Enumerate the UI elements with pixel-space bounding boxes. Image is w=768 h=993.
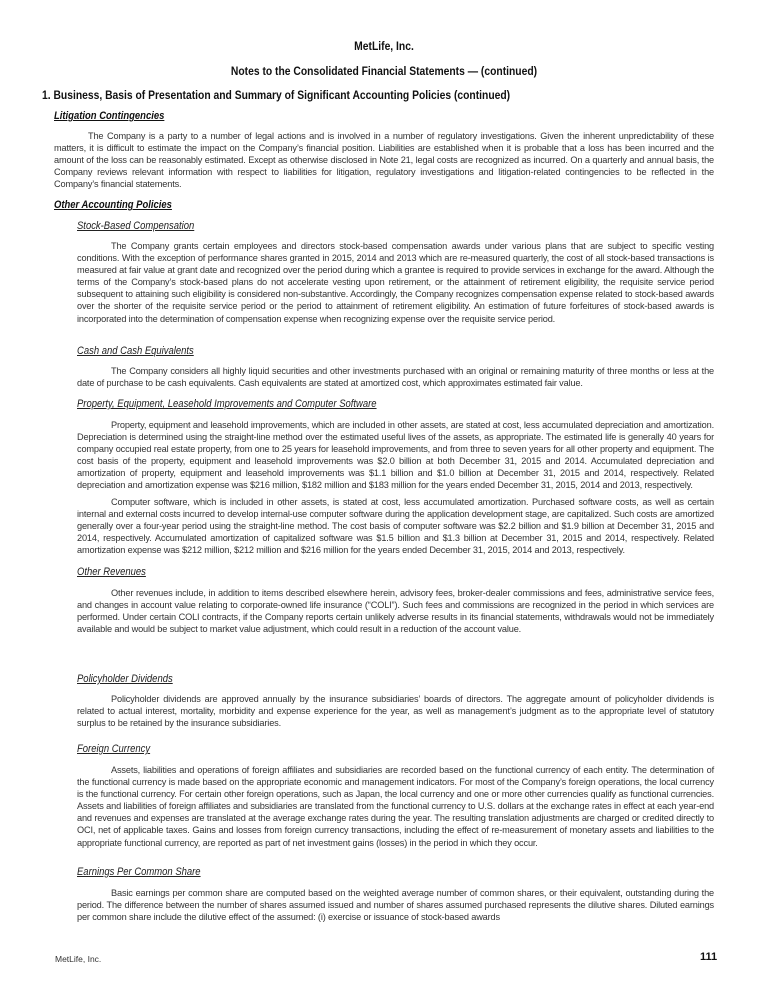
- heading-property-equipment: Property, Equipment, Leasehold Improveme…: [77, 398, 377, 410]
- paragraph-property-equipment: Property, equipment and leasehold improv…: [77, 419, 714, 492]
- paragraph-foreign-currency: Assets, liabilities and operations of fo…: [77, 764, 714, 849]
- heading-earnings-per-share: Earnings Per Common Share: [77, 866, 201, 878]
- heading-foreign-currency: Foreign Currency: [77, 743, 150, 755]
- heading-other-accounting-policies: Other Accounting Policies: [54, 199, 172, 211]
- heading-cash-equivalents: Cash and Cash Equivalents: [77, 345, 194, 357]
- paragraph-cash-equivalents: The Company considers all highly liquid …: [77, 365, 714, 389]
- paragraph-policyholder-dividends: Policyholder dividends are approved annu…: [77, 693, 714, 729]
- footer-company: MetLife, Inc.: [55, 954, 101, 964]
- notes-title: Notes to the Consolidated Financial Stat…: [54, 64, 714, 78]
- paragraph-stock-based-compensation: The Company grants certain employees and…: [77, 240, 714, 325]
- heading-policyholder-dividends: Policyholder Dividends: [77, 673, 173, 685]
- paragraph-other-revenues: Other revenues include, in addition to i…: [77, 587, 714, 635]
- paragraph-computer-software: Computer software, which is included in …: [77, 496, 714, 556]
- page-number: 111: [700, 951, 717, 963]
- company-header: MetLife, Inc.: [54, 39, 714, 53]
- paragraph-litigation: The Company is a party to a number of le…: [54, 130, 714, 190]
- heading-stock-based-compensation: Stock-Based Compensation: [77, 220, 194, 232]
- section-title: 1. Business, Basis of Presentation and S…: [42, 88, 510, 102]
- heading-litigation-contingencies: Litigation Contingencies: [54, 110, 164, 122]
- document-page: MetLife, Inc. Notes to the Consolidated …: [0, 0, 768, 993]
- paragraph-earnings-per-share: Basic earnings per common share are comp…: [77, 887, 714, 923]
- heading-other-revenues: Other Revenues: [77, 566, 146, 578]
